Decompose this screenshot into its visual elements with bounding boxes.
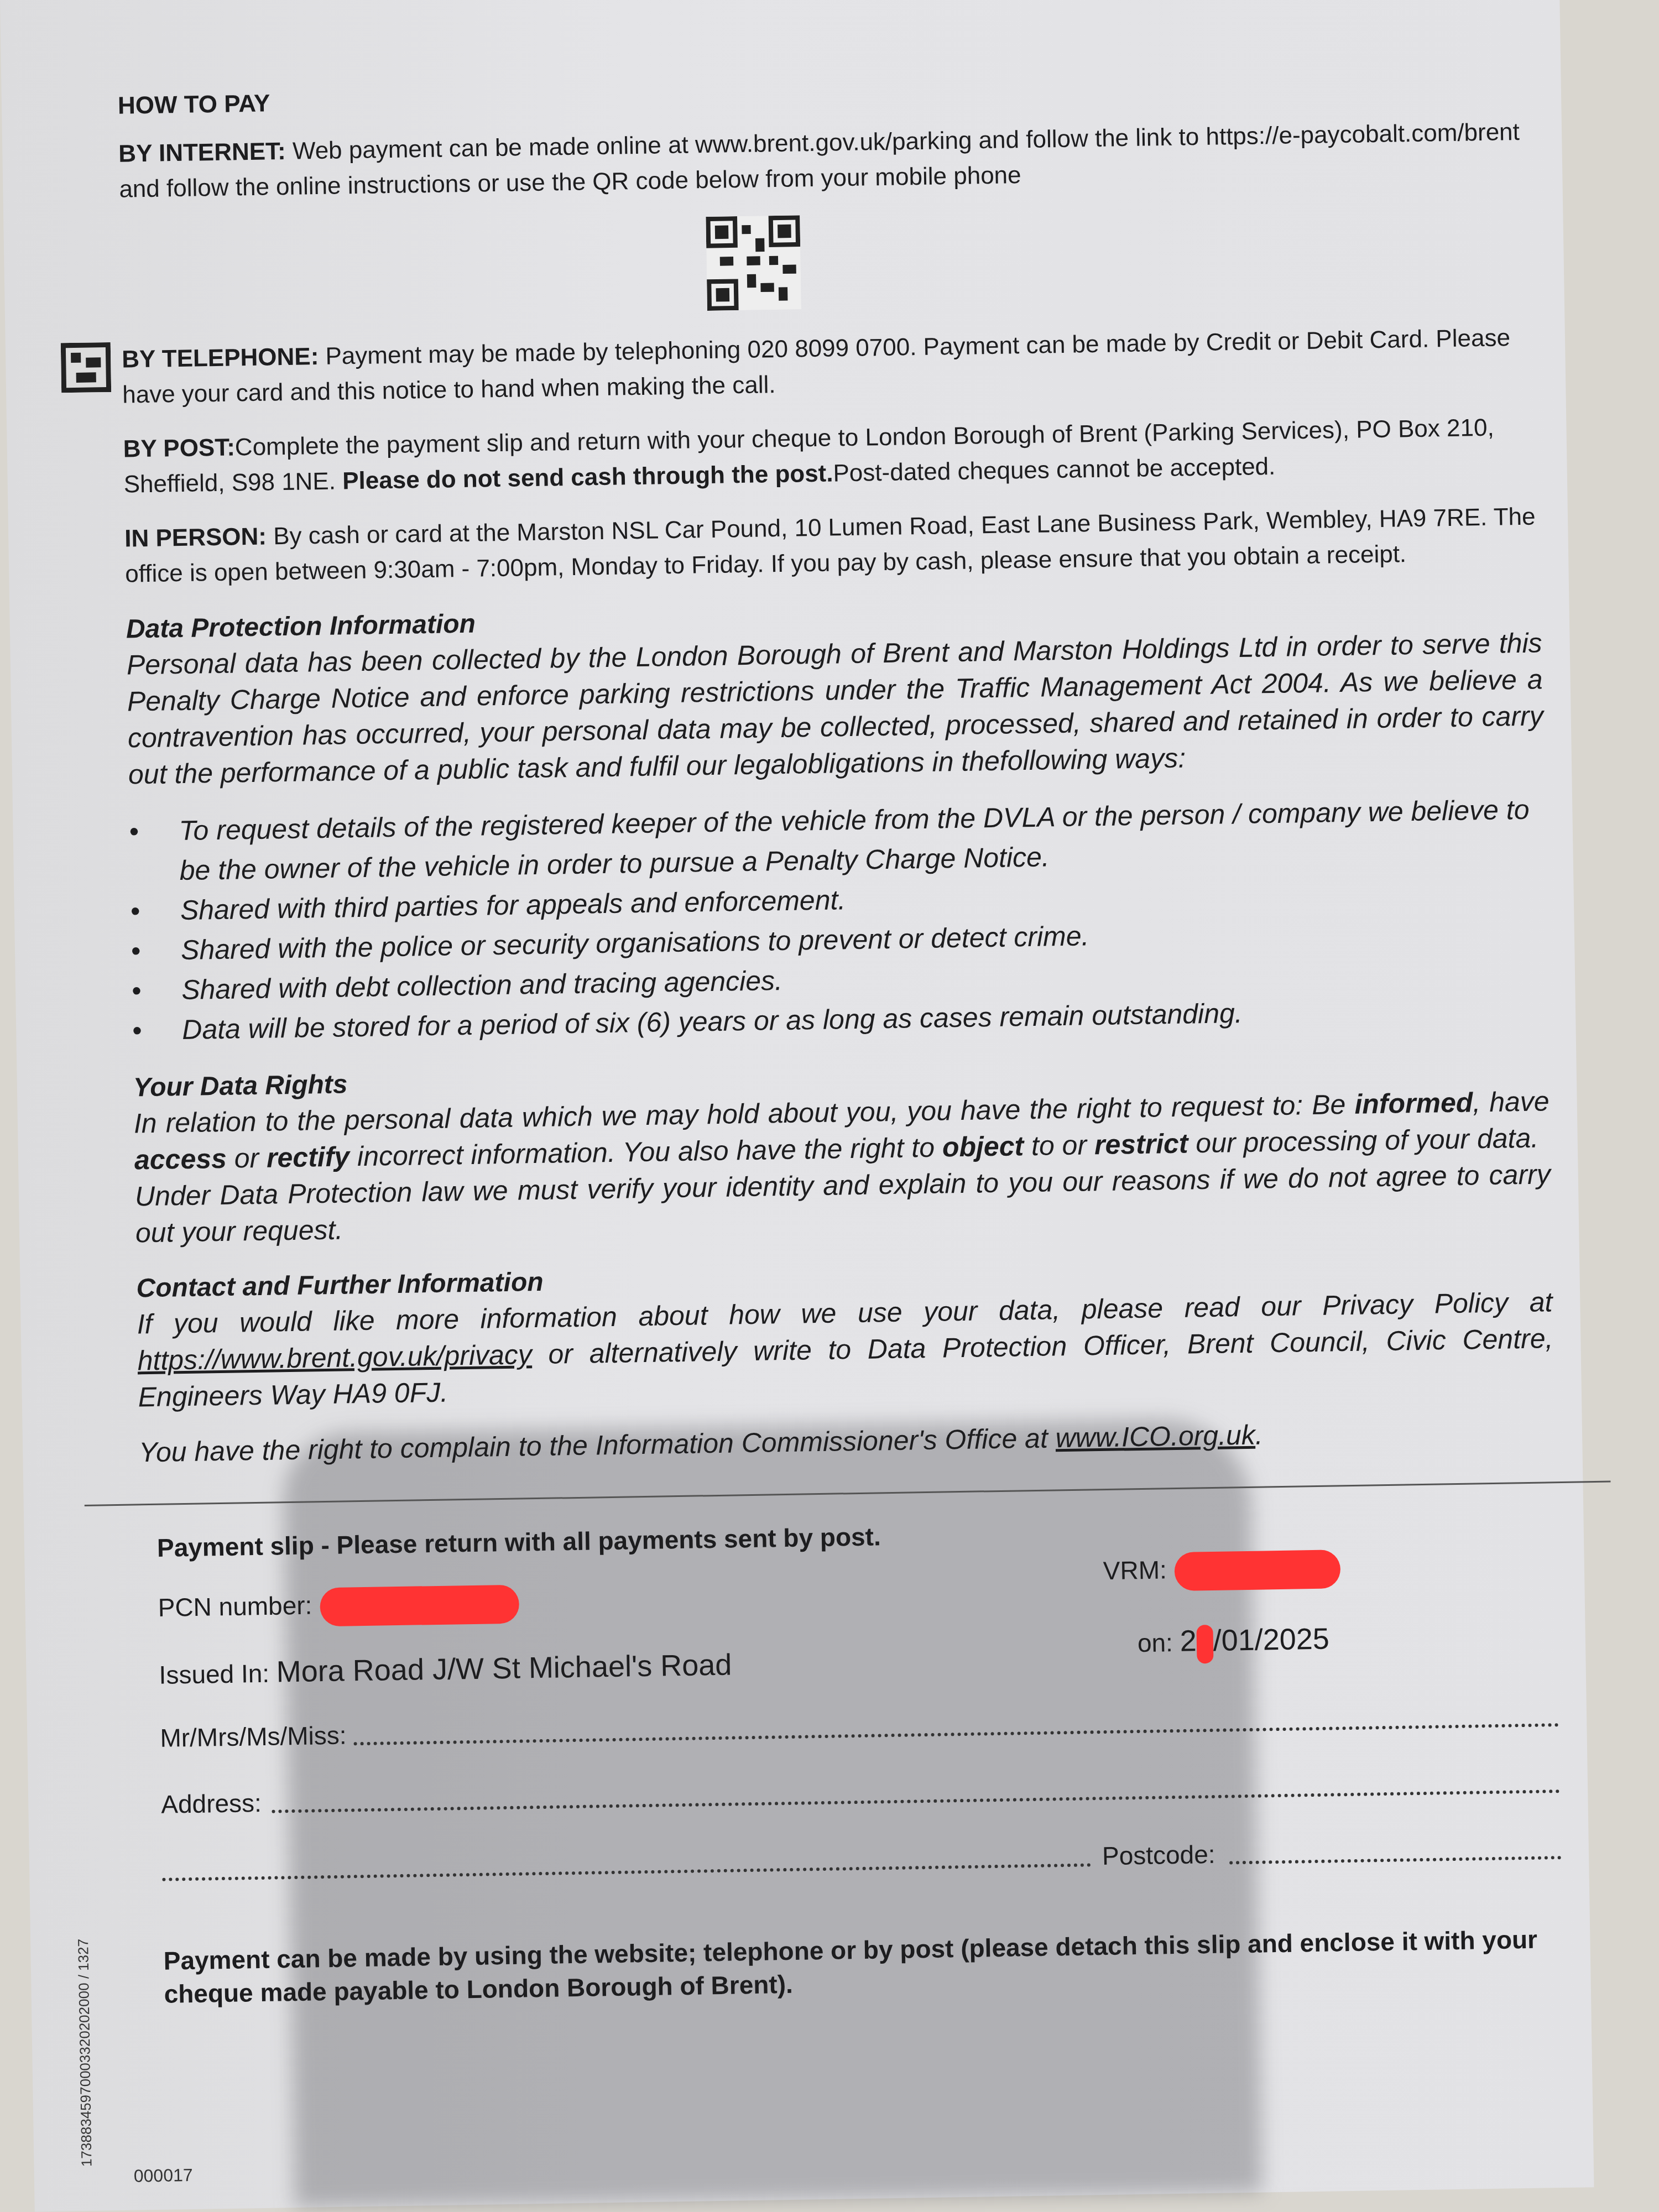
qr-code-icon[interactable] — [706, 215, 801, 311]
by-telephone: BY TELEPHONE: Payment may be made by tel… — [122, 320, 1538, 413]
address-line-2-field[interactable] — [162, 1863, 1091, 1881]
datamatrix-barcode-icon — [61, 342, 111, 393]
name-field[interactable] — [354, 1723, 1559, 1745]
payment-slip: Payment slip - Please return with all pa… — [140, 1511, 1563, 2011]
pcn-label: PCN number: — [158, 1585, 519, 1629]
postcode-field[interactable] — [1229, 1856, 1561, 1864]
vrm-label: VRM: — [1103, 1550, 1340, 1592]
postcode-label: Postcode: — [1102, 1839, 1215, 1871]
issue-date: on: 2/01/2025 — [1137, 1622, 1329, 1665]
side-reference-code: 17388345970003320202000 / 1327 — [75, 1939, 95, 2167]
privacy-link[interactable]: https://www.brent.gov.uk/privacy — [137, 1339, 532, 1376]
how-to-pay-title: HOW TO PAY — [118, 70, 1533, 119]
address-label: Address: — [161, 1788, 262, 1819]
rights-text: In relation to the personal data which w… — [133, 1083, 1551, 1251]
redaction — [320, 1585, 519, 1627]
contact-text: If you would like more information about… — [137, 1284, 1554, 1415]
detach-line — [85, 1481, 1611, 1506]
by-post: BY POST:Complete the payment slip and re… — [123, 409, 1540, 502]
by-internet: BY INTERNET: Web payment can be made onl… — [118, 114, 1535, 207]
notice-page: HOW TO PAY BY INTERNET: Web payment can … — [0, 0, 1594, 2212]
ico-link[interactable]: www.ICO.org.uk — [1055, 1420, 1255, 1454]
name-label: Mr/Mrs/Ms/Miss: — [160, 1720, 347, 1753]
data-protection-section: Data Protection Information Personal dat… — [126, 592, 1554, 1470]
ico-text: You have the right to complain to the In… — [139, 1412, 1555, 1470]
serial-number: 000017 — [134, 2165, 193, 2187]
data-use-list: To request details of the registered kee… — [129, 789, 1548, 1050]
redaction — [1174, 1550, 1340, 1591]
address-field[interactable] — [272, 1790, 1560, 1813]
in-person: IN PERSON: By cash or card at the Marsto… — [124, 499, 1541, 592]
slip-footer: Payment can be made by using the website… — [163, 1922, 1563, 2011]
